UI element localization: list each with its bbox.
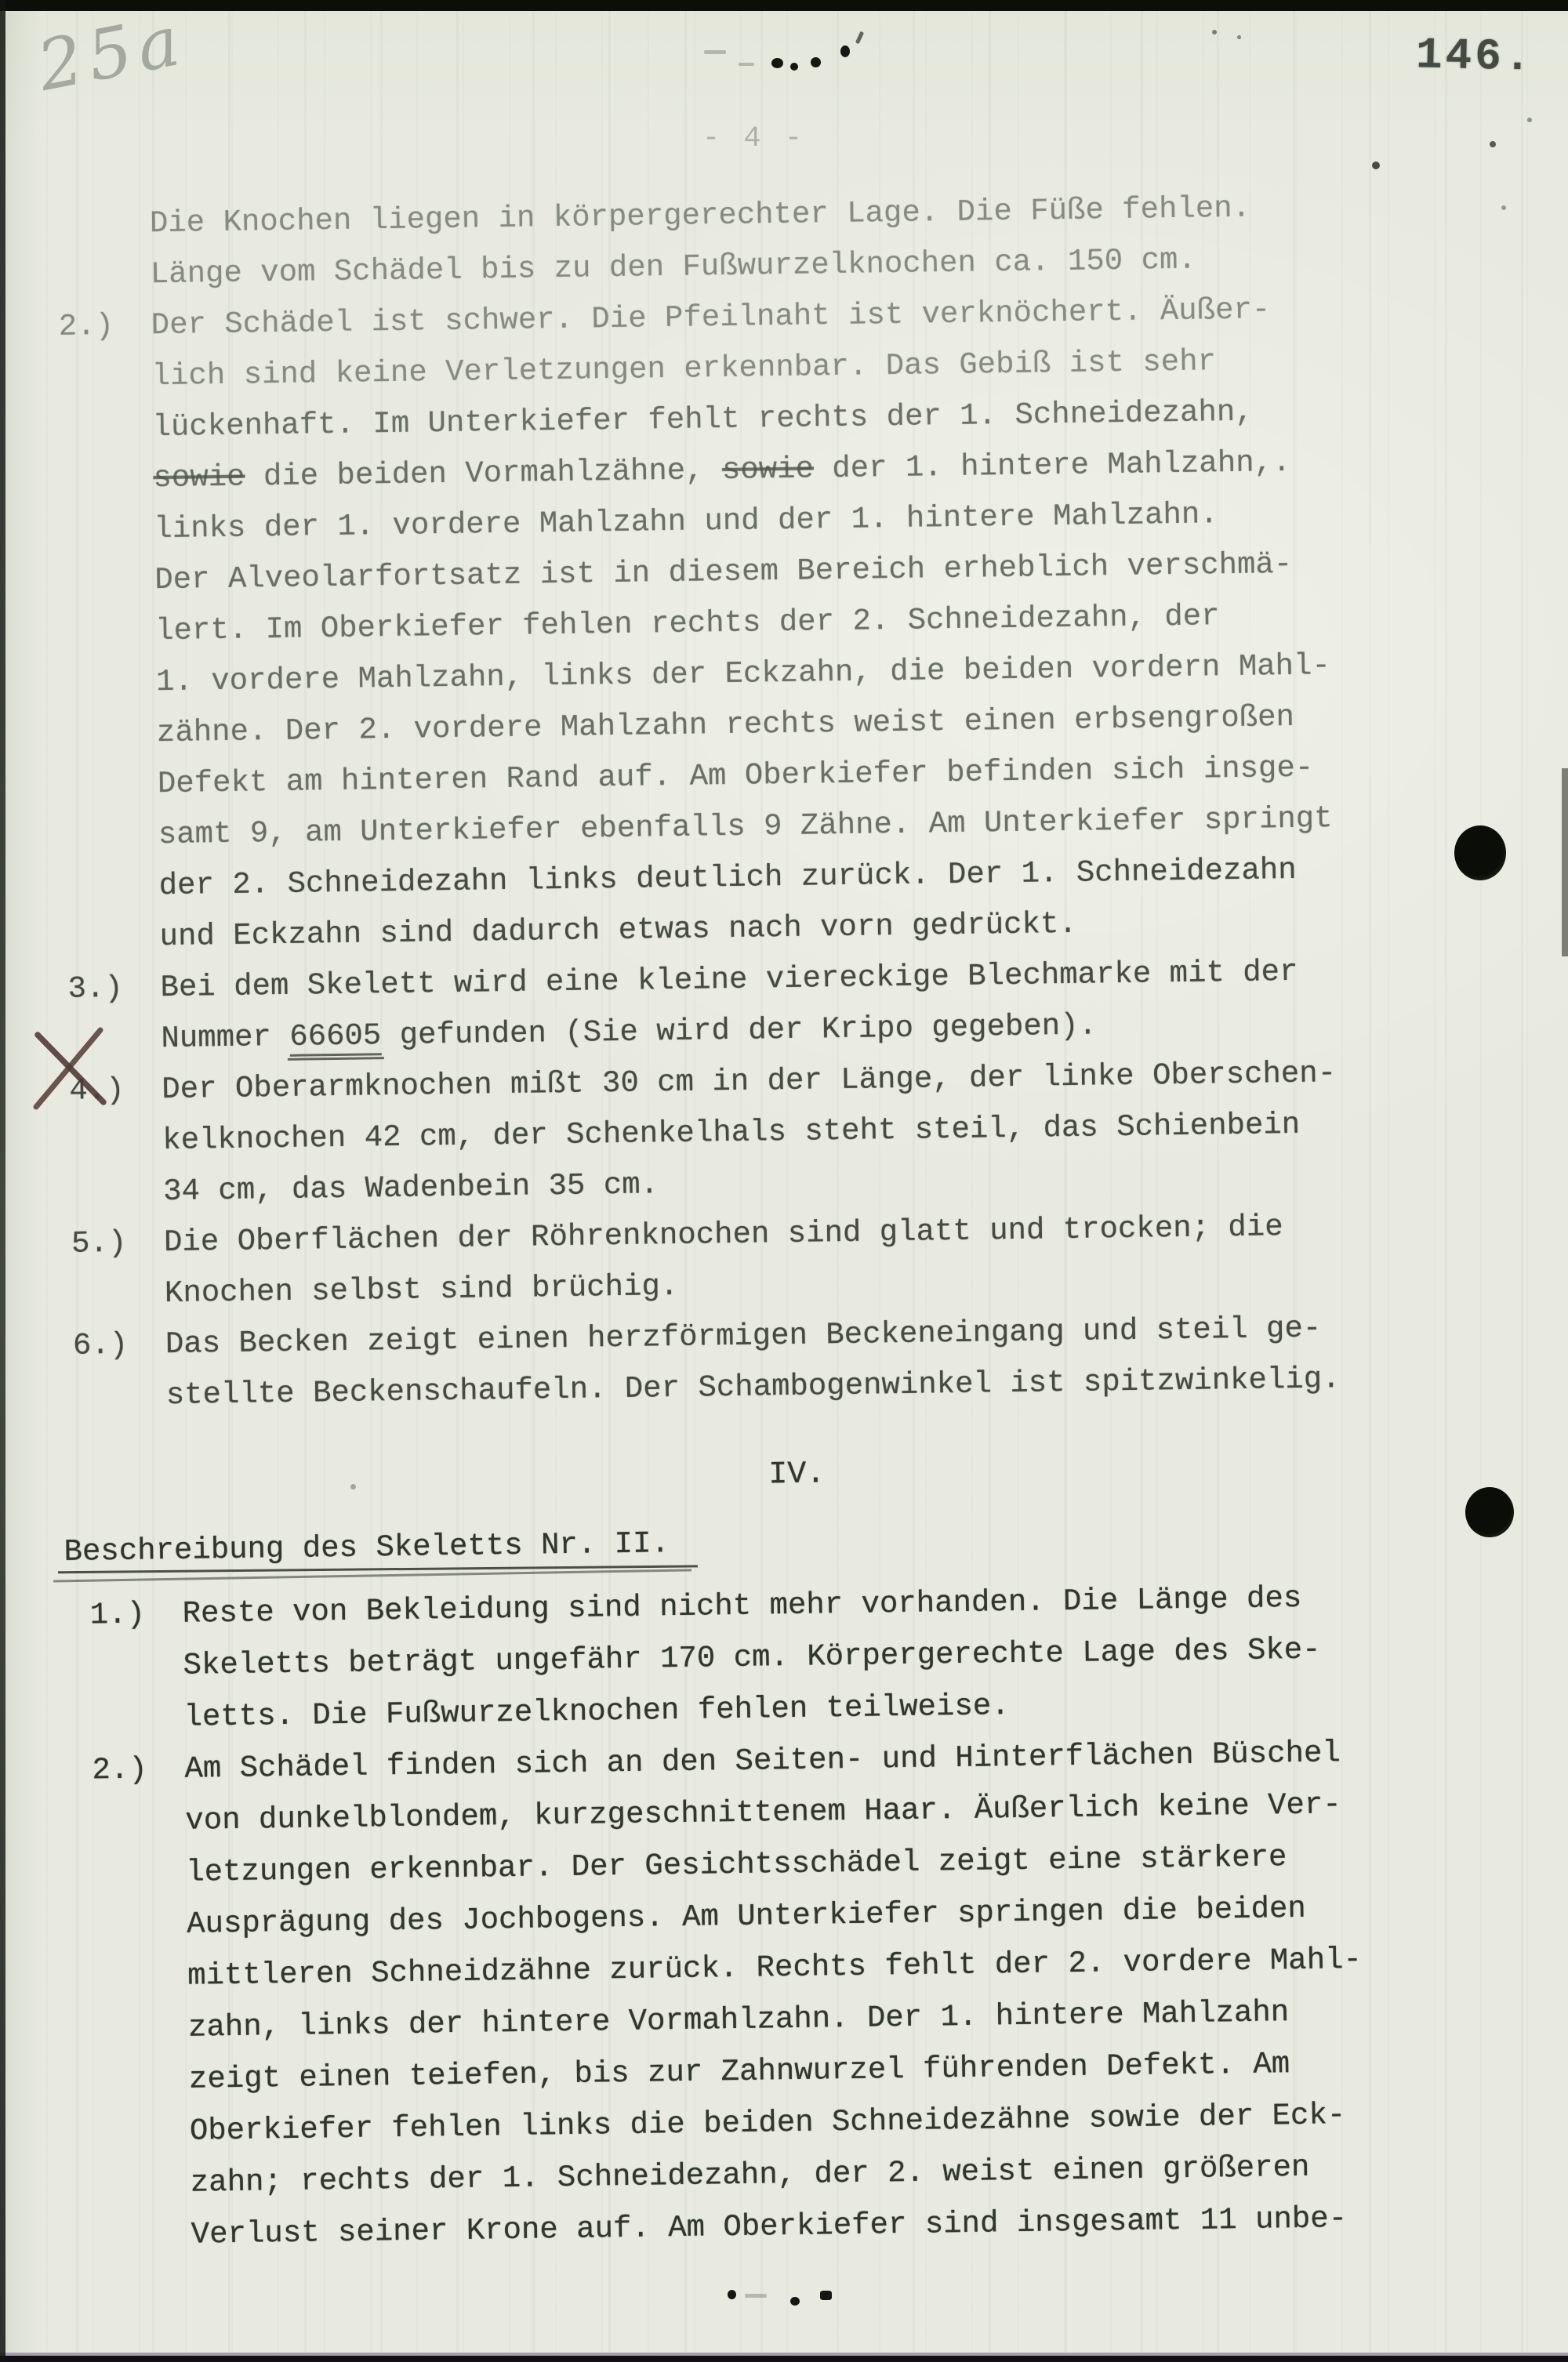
ink-smudge — [350, 1484, 356, 1489]
ink-smudge — [1212, 30, 1217, 34]
text-segment: Nummer — [161, 1020, 289, 1056]
struck-out-word: sowie — [722, 452, 815, 488]
list-item-number: 5.) — [71, 1226, 127, 1261]
ink-smudge — [728, 2290, 736, 2299]
text-segment: die beiden Vormahlzähne, — [245, 453, 722, 494]
section-title-underlined: Beschreibung des Skeletts Nr. II. — [64, 1526, 670, 1569]
typed-content: Die Knochen liegen in körpergerechter La… — [0, 0, 1568, 2362]
ink-smudge — [1237, 35, 1241, 39]
ink-smudge — [811, 57, 821, 67]
section-numeral: IV. — [768, 1457, 826, 1493]
handwritten-x-mark — [30, 1024, 111, 1113]
list-item-number: 2.) — [92, 1752, 147, 1787]
scanned-document-page: 25a 146. - 4 - Die Knochen liegen in kör… — [0, 0, 1568, 2362]
struck-out-word: sowie — [153, 460, 245, 496]
ink-smudge — [1501, 205, 1506, 210]
ink-smudge — [704, 50, 726, 54]
list-item-number: 2.) — [58, 309, 114, 344]
section-skeleton-I-text: Die Knochen liegen in körpergerechter La… — [150, 190, 1341, 1429]
ink-smudge — [745, 2294, 767, 2298]
text-segment: Knochen selbst sind brüchig. — [165, 1269, 679, 1311]
ink-smudge — [1490, 141, 1496, 147]
text-segment: Die Knochen liegen in körpergerechter La… — [150, 191, 1251, 241]
ink-smudge — [790, 63, 798, 71]
ink-smudge — [739, 63, 754, 66]
punch-hole — [1454, 825, 1506, 880]
list-item-number: 1.) — [89, 1597, 145, 1632]
text-segment: der 1. hintere Mahlzahn,. — [814, 445, 1291, 486]
list-item-number: 6.) — [73, 1328, 129, 1363]
ink-smudge — [771, 58, 783, 68]
text-segment: 34 cm, das Wadenbein 35 cm. — [163, 1167, 659, 1209]
section-skeleton-II-text: 1.)Reste von Bekleidung sind nicht mehr … — [182, 1580, 1366, 2269]
list-item-number: 3.) — [67, 971, 123, 1007]
ink-smudge — [1527, 118, 1532, 122]
ink-smudge — [820, 2291, 832, 2300]
ink-smudge — [1372, 161, 1380, 169]
punch-hole — [1465, 1487, 1514, 1537]
underlined-tag-number: 66605 — [289, 1018, 382, 1057]
ink-smudge — [790, 2297, 800, 2306]
ink-smudge — [840, 45, 850, 57]
text-segment: Reste von Bekleidung sind nicht mehr vor… — [182, 1581, 1301, 1631]
